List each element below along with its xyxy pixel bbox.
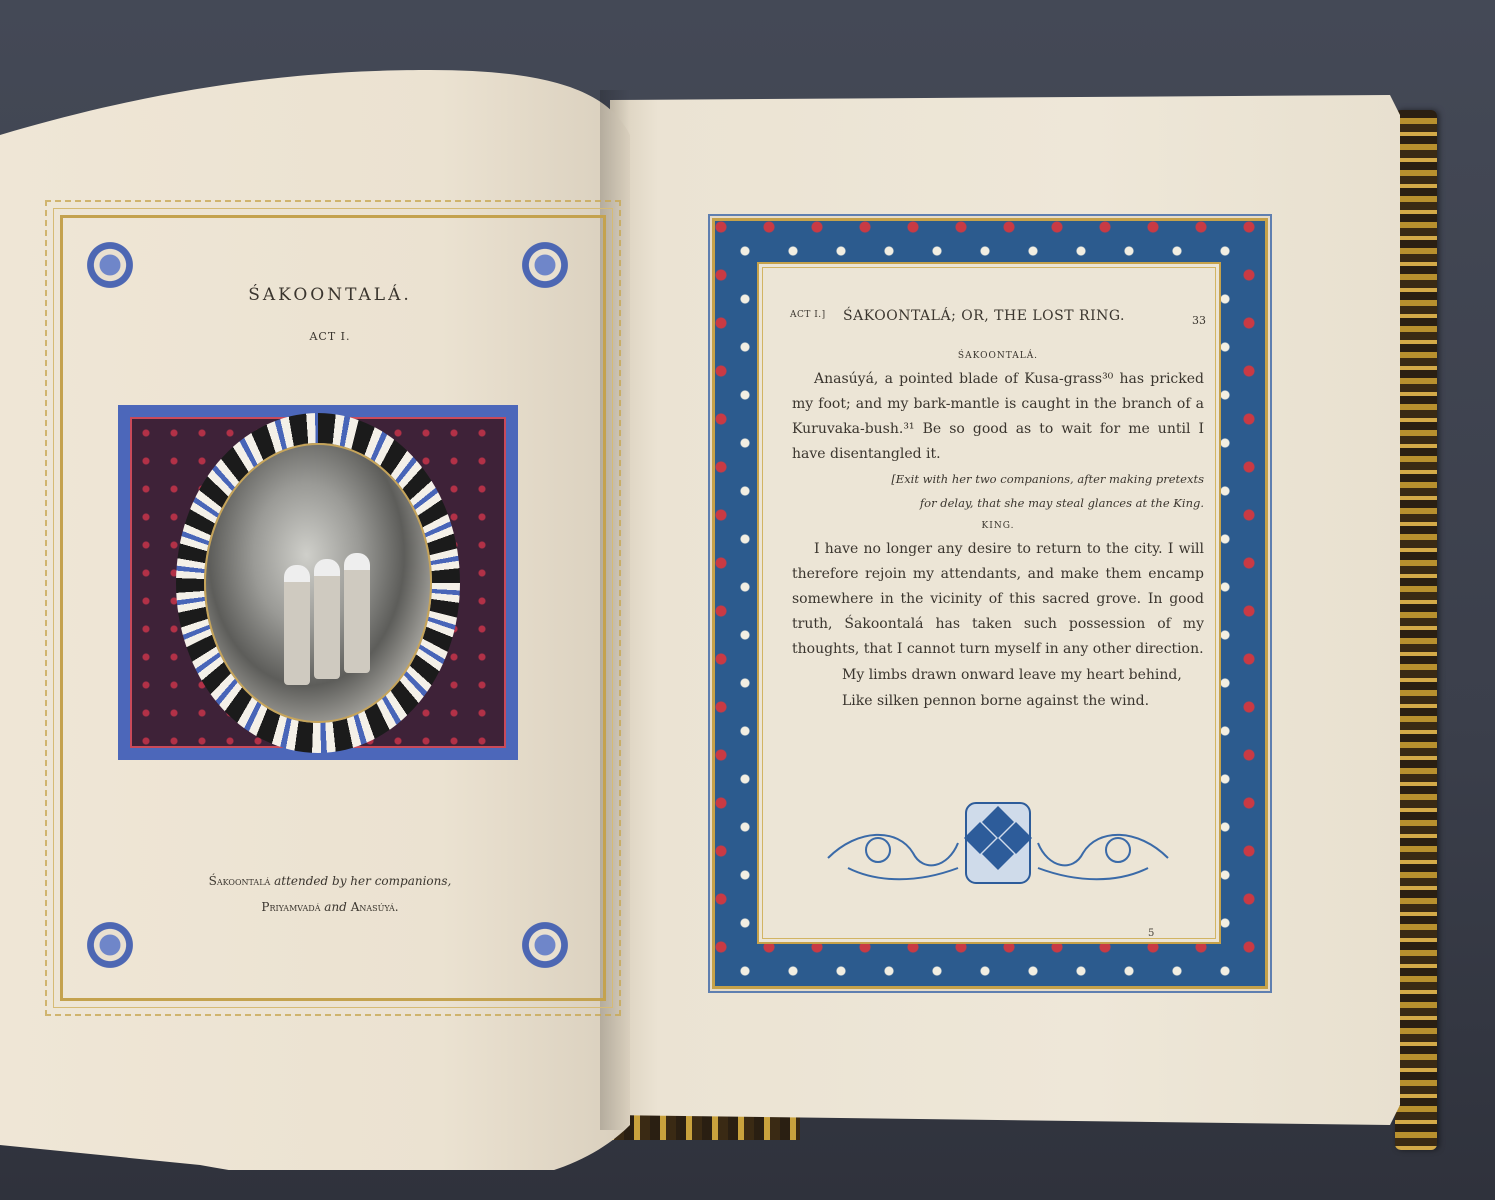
- corner-ornament-icon: [70, 225, 150, 305]
- figure-woman: [314, 559, 340, 679]
- caption-line-1: Śakoontalá attended by her companions,: [160, 868, 500, 894]
- illustrated-plate: [118, 405, 518, 760]
- figure-woman: [344, 553, 370, 673]
- folio-number: 5: [1148, 928, 1154, 939]
- engraving-scene: [204, 443, 432, 723]
- figure-woman: [284, 565, 310, 685]
- speaker-name: ŚAKOONTALÁ.: [792, 345, 1204, 367]
- plate-caption: Śakoontalá attended by her companions, P…: [160, 868, 500, 920]
- corner-ornament-icon: [505, 905, 585, 985]
- running-head-act: ACT I.]: [790, 310, 826, 320]
- caption-name: Śakoontalá: [209, 874, 271, 888]
- page-number: 33: [1192, 314, 1206, 327]
- stage-direction: [Exit with her two companions, after mak…: [792, 467, 1204, 491]
- speaker-name: KING.: [792, 515, 1204, 537]
- book-cover-gilt-edge: [1395, 110, 1437, 1150]
- left-page-title: ŚAKOONTALÁ.: [195, 285, 465, 305]
- arabesque-ornament-icon: [818, 788, 1178, 898]
- caption-name: Anasúyá.: [351, 900, 399, 914]
- stage-direction: for delay, that she may steal glances at…: [792, 491, 1204, 515]
- left-page-act: ACT I.: [195, 330, 465, 343]
- corner-ornament-icon: [70, 905, 150, 985]
- verse-line: Like silken pennon borne against the win…: [842, 688, 1204, 714]
- play-text: ŚAKOONTALÁ. Anasúyá, a pointed blade of …: [792, 345, 1204, 714]
- dialogue-paragraph: Anasúyá, a pointed blade of Kusa-grass³⁰…: [792, 367, 1204, 467]
- running-head-title: ŚAKOONTALÁ; OR, THE LOST RING.: [843, 308, 1125, 324]
- caption-name: Priyamvadá: [261, 900, 320, 914]
- caption-text: attended by her companions,: [274, 874, 451, 888]
- verse-line: My limbs drawn onward leave my heart beh…: [842, 662, 1204, 688]
- caption-text: and: [324, 900, 347, 914]
- dialogue-paragraph: I have no longer any desire to return to…: [792, 537, 1204, 662]
- corner-ornament-icon: [505, 225, 585, 305]
- caption-line-2: Priyamvadá and Anasúyá.: [160, 894, 500, 920]
